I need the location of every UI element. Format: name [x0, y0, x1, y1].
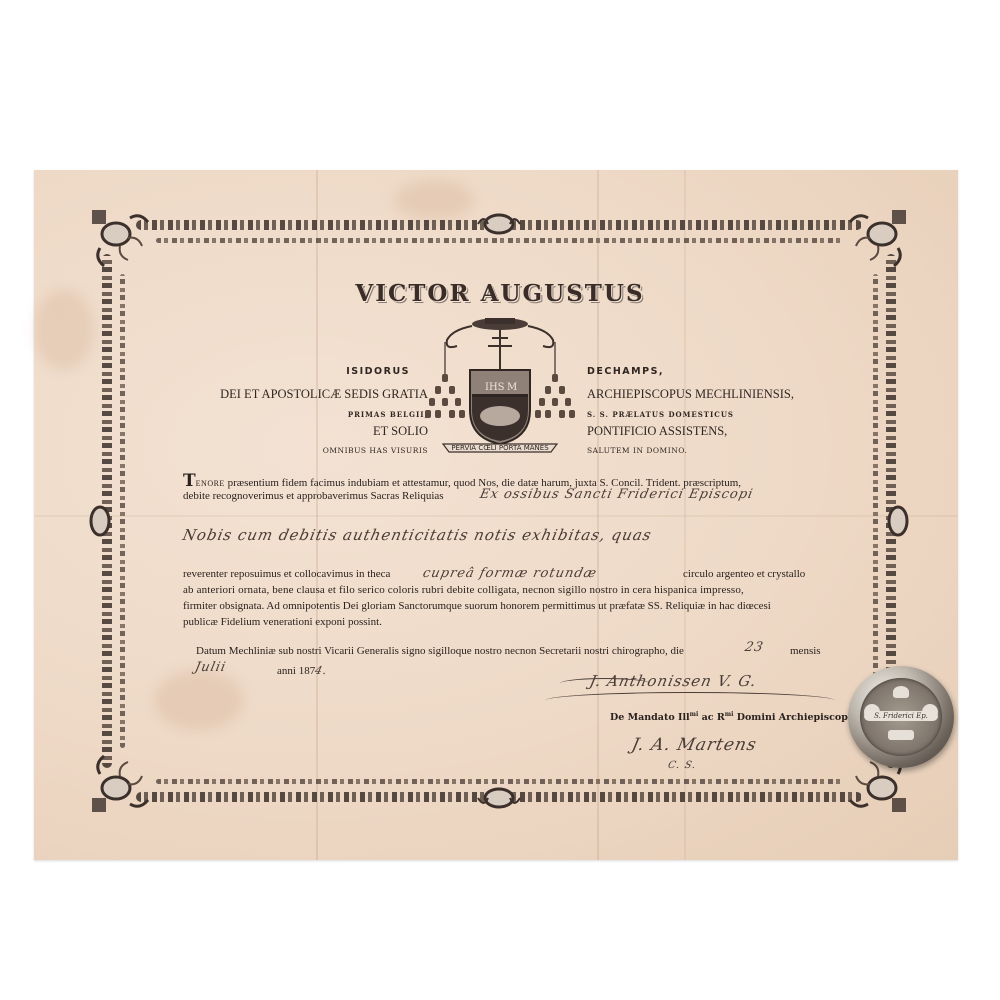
signature-secretary: J. A. Martens — [630, 735, 759, 755]
signature-secretary-suffix: C. S. — [667, 760, 698, 771]
handwritten-theca: cupreâ formæ rotundæ — [421, 566, 598, 581]
body-line-4-start: reverenter reposuimus et collocavimus in… — [183, 568, 390, 580]
reliquary-crown-ornament-icon — [893, 686, 909, 698]
body-line-6: firmiter obsignata. Ad omnipotentis Dei … — [183, 600, 771, 612]
handwritten-month: Julii — [193, 660, 227, 675]
corner-ornament-icon — [90, 208, 152, 270]
svg-text:M: M — [507, 382, 517, 393]
border-band — [156, 238, 842, 243]
handwritten-relic-name: Ex ossibus Sancti Friderici Episcopi — [478, 487, 754, 502]
corner-ornament-icon — [90, 752, 152, 814]
header-dechamps: DECHAMPS, — [587, 366, 664, 377]
corner-ornament-icon — [846, 208, 908, 270]
drop-cap: T — [183, 471, 196, 491]
body-line-5: ab anteriori ornata, bene clausa et filo… — [183, 584, 744, 596]
header-et-solio: ET SOLIO — [373, 424, 428, 439]
svg-text:PERVIA CŒLI PORTA MANES: PERVIA CŒLI PORTA MANES — [451, 444, 549, 452]
cartouche-ornament-icon — [884, 498, 912, 544]
mensis-label: mensis — [790, 645, 821, 657]
anni-label: anni 1874. — [277, 664, 328, 677]
reliquary-glass: S. Friderici Ep. — [860, 678, 942, 756]
header-isidorus: ISIDORUS — [346, 366, 410, 377]
header-pontificio: PONTIFICIO ASSISTENS, — [587, 424, 727, 439]
dating-line: Datum Mechliniæ sub nostri Vicarii Gener… — [196, 645, 684, 657]
coat-of-arms-icon: IHS M PERVIA CŒLI PORTA MANES — [425, 312, 575, 457]
reliquary-theca: S. Friderici Ep. — [848, 666, 954, 768]
handwritten-year: 4. — [314, 664, 329, 677]
body-line-7: publicæ Fidelium venerationi exponi poss… — [183, 616, 382, 628]
signature-flourish — [545, 692, 835, 709]
header-omnibus: OMNIBUS HAS VISURIS — [323, 446, 428, 455]
header-praelatus: S. S. PRÆLATUS DOMESTICUS — [587, 410, 734, 419]
header-dei-gratia: DEI ET APOSTOLICÆ SEDIS GRATIA — [220, 387, 428, 402]
cartouche-ornament-icon — [476, 210, 522, 238]
reliquary-base-ornament-icon — [888, 730, 914, 740]
handwritten-line-3: Nobis cum debitis authenticitatis notis … — [181, 526, 653, 544]
cartouche-ornament-icon — [86, 498, 114, 544]
mandate-line: De Mandato Illmi ac Rmi Domini Archiepis… — [610, 711, 851, 723]
document-title: VICTOR AUGUSTUS — [0, 280, 1000, 307]
handwritten-day: 23 — [743, 640, 765, 655]
signature-flourish — [560, 678, 650, 689]
svg-text:IHS: IHS — [485, 382, 505, 393]
header-primas-belgii: PRIMAS BELGII, — [348, 410, 428, 419]
header-archiepiscopus: ARCHIEPISCOPUS MECHLINIENSIS, — [587, 387, 794, 402]
body-line-2: debite recognoverimus et approbaverimus … — [183, 490, 444, 502]
cartouche-ornament-icon — [476, 784, 522, 812]
reliquary-label: S. Friderici Ep. — [864, 711, 938, 721]
border-band — [120, 274, 125, 748]
header-salutem: SALUTEM IN DOMINO. — [587, 446, 687, 455]
body-line-4-end: circulo argenteo et crystallo — [683, 568, 805, 580]
